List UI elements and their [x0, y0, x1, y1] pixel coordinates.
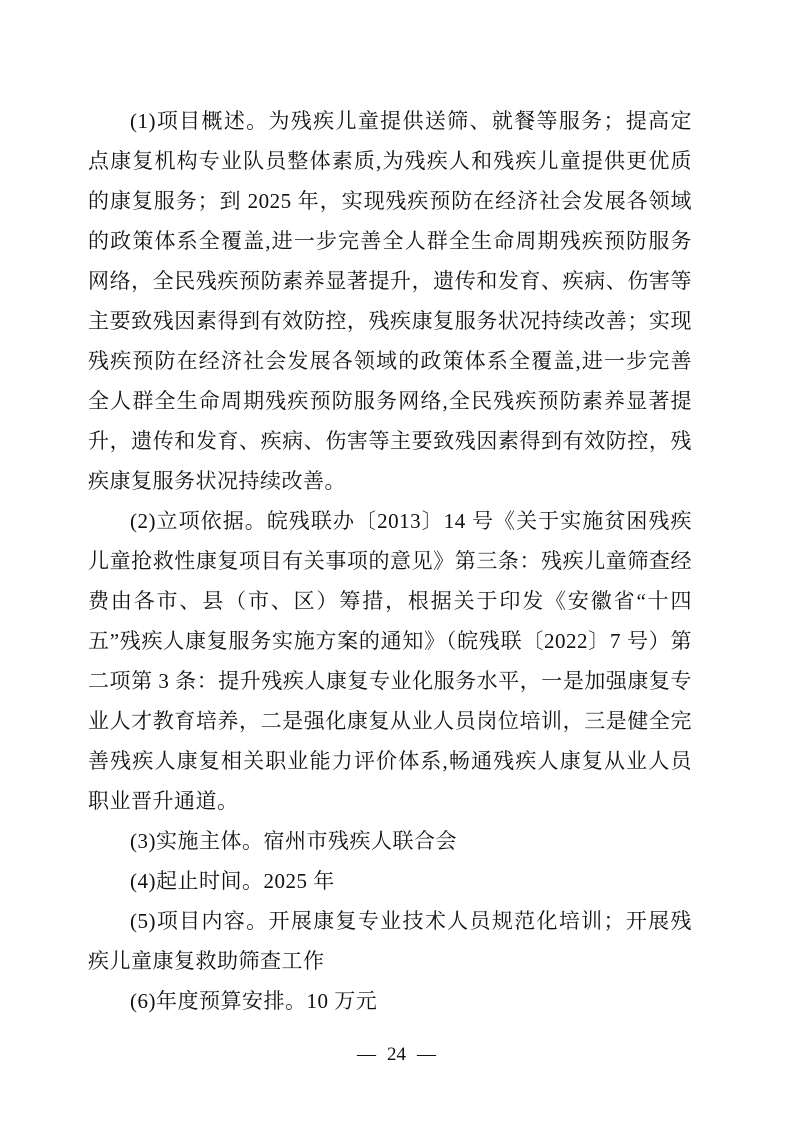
page-number: 24 — [387, 1040, 406, 1070]
page-footer: —24— — [0, 1040, 793, 1070]
footer-dash-left: — — [357, 1040, 376, 1070]
paragraph-annual-budget: (6)年度预算安排。10 万元 — [88, 981, 692, 1021]
paragraph-implementing-body: (3)实施主体。宿州市残疾人联合会 — [88, 821, 692, 861]
document-page: (1)项目概述。为残疾儿童提供送筛、就餐等服务；提高定点康复机构专业队员整体素质… — [0, 0, 793, 1122]
paragraph-project-overview: (1)项目概述。为残疾儿童提供送筛、就餐等服务；提高定点康复机构专业队员整体素质… — [88, 101, 692, 501]
footer-dash-right: — — [417, 1040, 436, 1070]
document-body: (1)项目概述。为残疾儿童提供送筛、就餐等服务；提高定点康复机构专业队员整体素质… — [88, 101, 692, 1021]
paragraph-project-basis: (2)立项依据。皖残联办〔2013〕14 号《关于实施贫困残疾儿童抢救性康复项目… — [88, 501, 692, 821]
paragraph-project-content: (5)项目内容。开展康复专业技术人员规范化培训；开展残疾儿童康复救助筛查工作 — [88, 901, 692, 981]
paragraph-time-period: (4)起止时间。2025 年 — [88, 861, 692, 901]
